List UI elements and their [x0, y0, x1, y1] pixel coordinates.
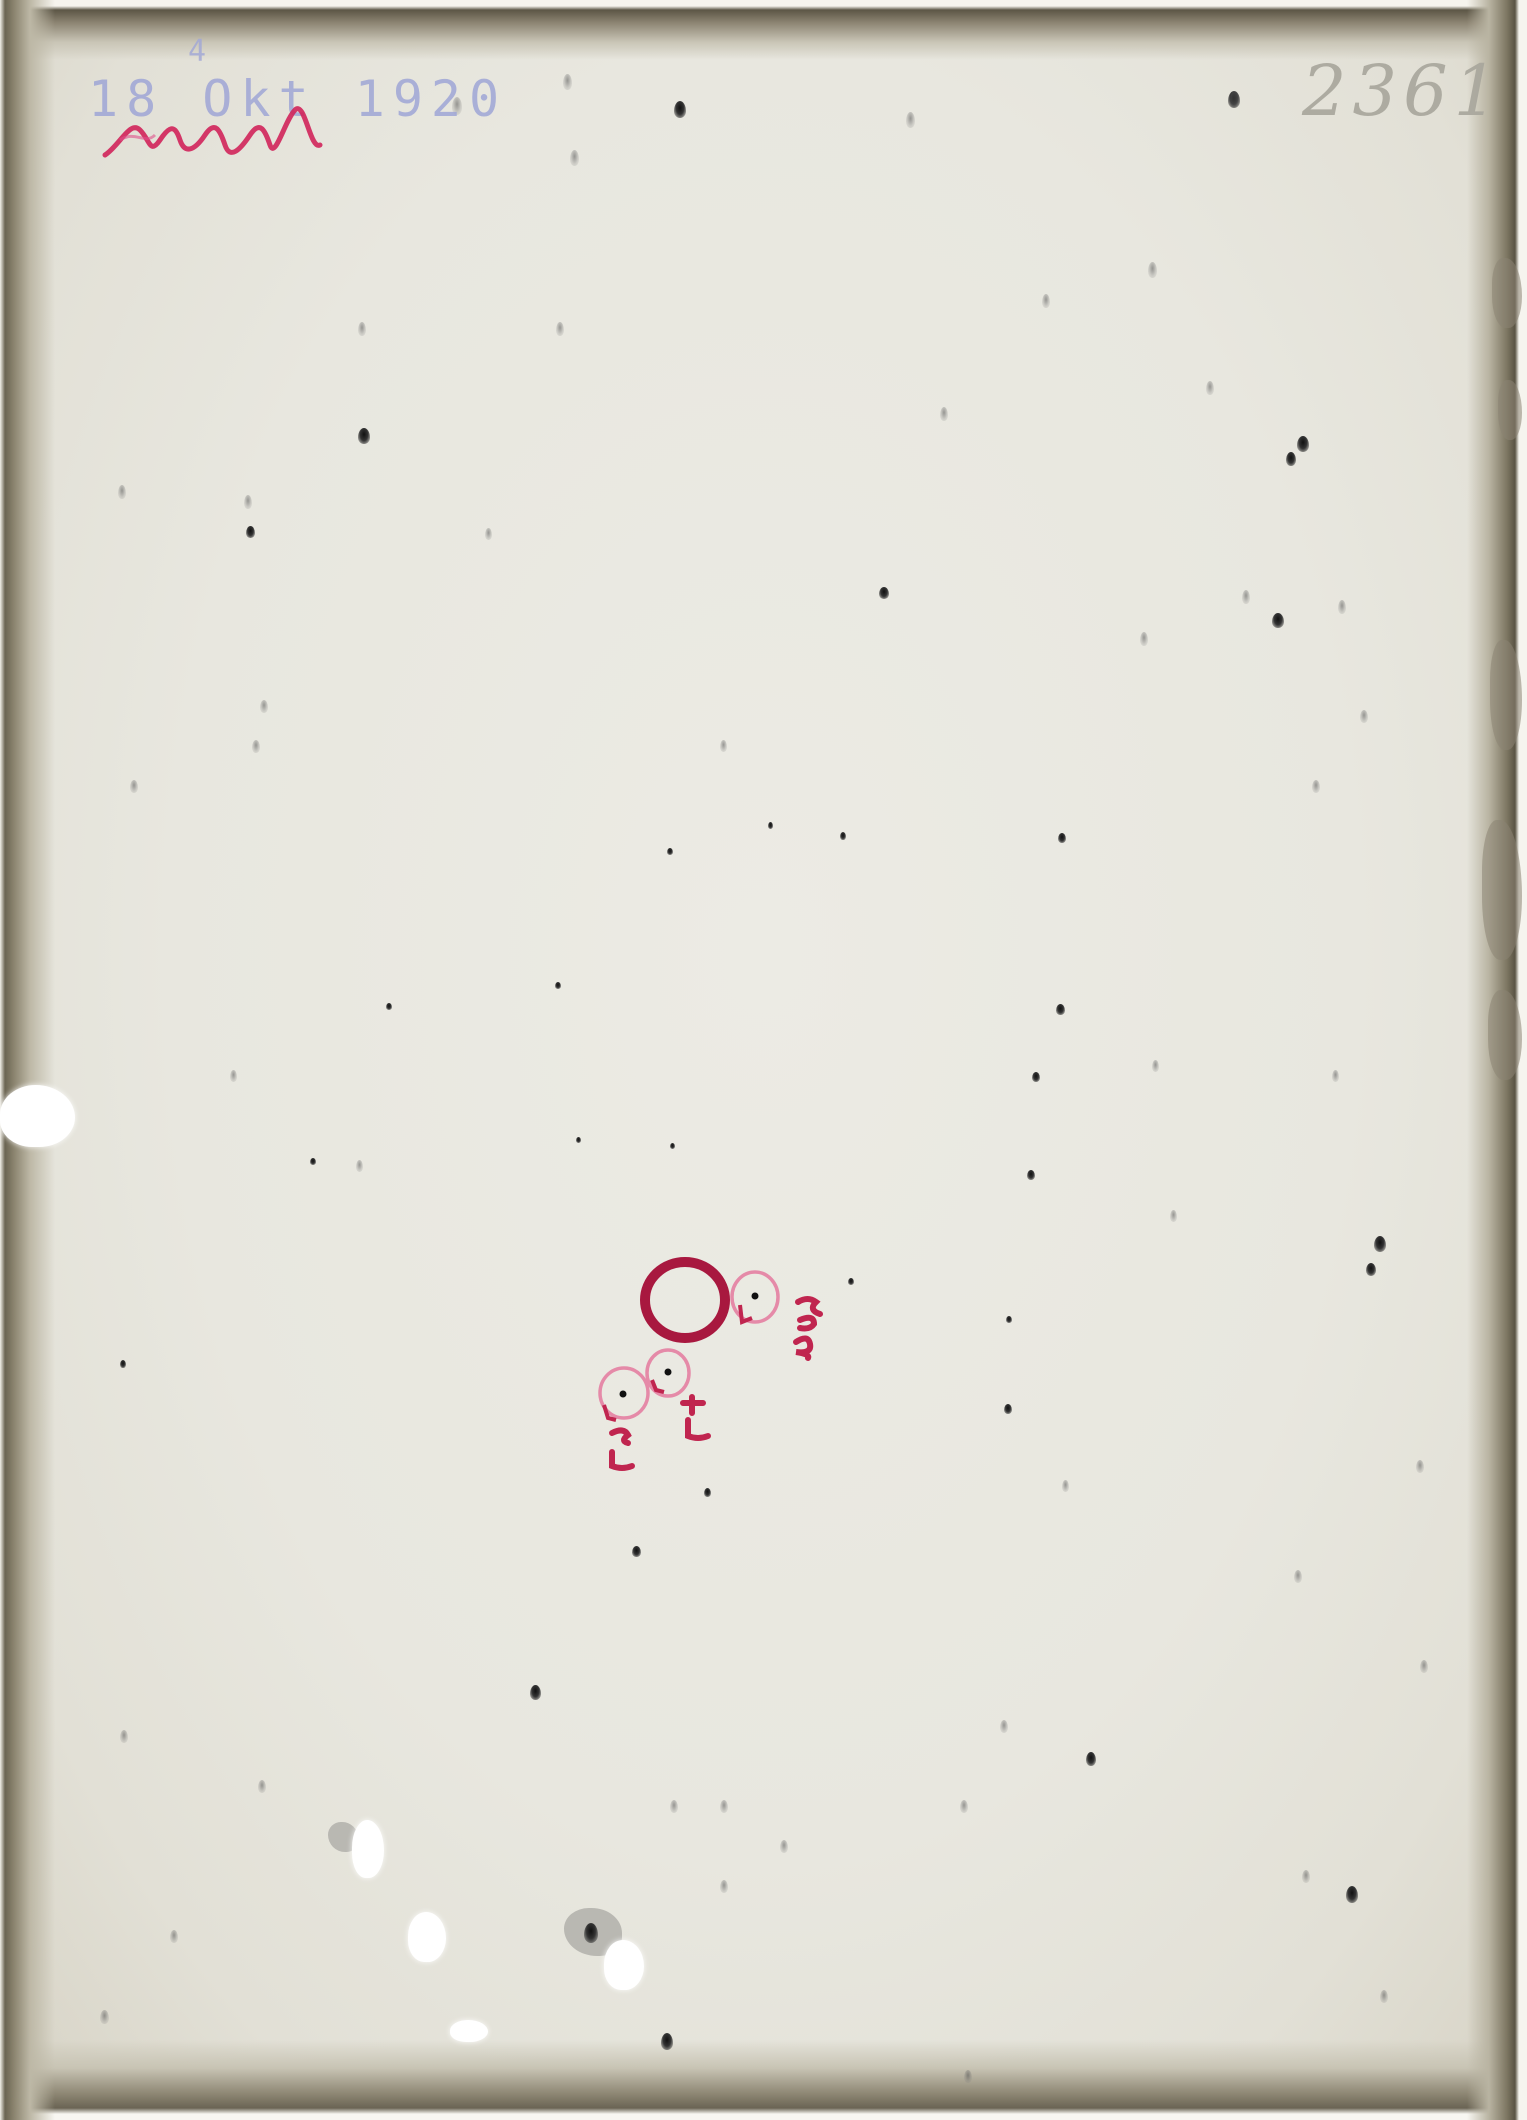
red-annotations — [0, 0, 1527, 2120]
large-ring-annotation — [645, 1262, 725, 1338]
label-middle — [683, 1397, 708, 1438]
photographic-plate: 4 18 Okt 1920 2361 — [0, 0, 1527, 2120]
label-left — [612, 1430, 632, 1468]
label-right — [796, 1299, 820, 1358]
circled-star — [752, 1293, 759, 1300]
circled-star — [620, 1391, 627, 1398]
circled-star — [665, 1369, 672, 1376]
